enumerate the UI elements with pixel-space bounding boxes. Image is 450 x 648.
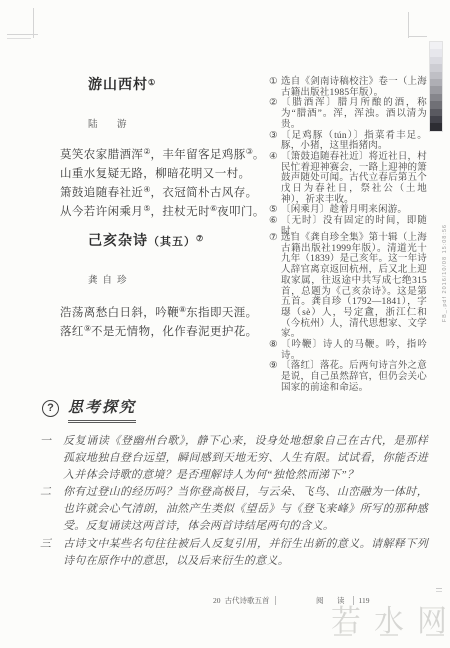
ann-item-text: 〔腊酒浑〕腊月所酿的酒，称为“腊酒”。浑，浑浊。酒以清为贵。: [281, 98, 427, 130]
gray-step: [430, 109, 442, 116]
gray-step: [430, 49, 442, 56]
ann-item-text: 选自《剑南诗稿校注》卷一（上海古籍出版社1985年版）。: [281, 77, 427, 98]
annotation-ref-icon: ①: [148, 78, 155, 87]
gray-step: [430, 94, 442, 101]
poem-title-subtitle: （其五）: [148, 236, 196, 248]
q-item: 二你有过登山的经历吗？当你登高极目，与云朵、飞鸟、山峦融为一体时，也许就会心气清…: [40, 484, 428, 534]
ann-item-text: 〔落红〕落花。后两句诗言外之意是说，自己虽然辞官，但仍会关心国家的前途和命运。: [281, 361, 427, 393]
ann-item: ⑤〔闲乘月〕趁着月明来闲游。: [269, 205, 427, 216]
ann-item-number: ⑤: [269, 205, 281, 216]
ann-item: ②〔腊酒浑〕腊月所酿的酒，称为“腊酒”。浑，浑浊。酒以清为贵。: [269, 98, 427, 130]
footer-lesson-info: 20 古代诗歌五首: [213, 595, 281, 606]
gray-step: [430, 123, 442, 130]
gray-step: [430, 116, 442, 123]
gray-step: [430, 57, 442, 64]
ann-item: ⑧〔吟鞭〕诗人的马鞭。吟，指吟诗。: [269, 340, 427, 361]
ann-item-number: ⑦: [269, 233, 281, 340]
poem-title-text: 己亥杂诗: [88, 234, 148, 249]
question-mark-icon: ?: [42, 400, 59, 417]
q-item: 一反复诵读《登幽州台歌》，静下心来，设身处地想象自己在古代，是那样孤寂地独自登台…: [40, 433, 428, 483]
annotation-ref-icon: ⑧: [179, 305, 186, 314]
crop-mark: [436, 591, 442, 592]
ann-item-text: 〔吟鞭〕诗人的马鞭。吟，指吟诗。: [281, 340, 427, 361]
poem-line-text: 莫笑农家腊酒浑: [60, 149, 143, 161]
explore-section-title: 思考探究: [68, 396, 136, 421]
crop-mark: [7, 34, 38, 35]
grayscale-calibration-bar: [429, 41, 443, 132]
ann-item-number: ④: [269, 152, 281, 206]
ann-item-number: ①: [269, 77, 281, 98]
poem-lines: 莫笑农家腊酒浑②，丰年留客足鸡豚③。山重水复疑无路，柳暗花明又一村。箫鼓追随春社…: [60, 146, 265, 222]
explore-section-header: ? 思考探究: [42, 396, 136, 421]
poem-title: 己亥杂诗（其五）⑦: [88, 230, 265, 250]
poem-line-text: 山重水复疑无路，柳暗花明又一村。: [60, 168, 250, 180]
lesson-title: 古代诗歌五首: [225, 595, 270, 606]
crop-mark: [408, 12, 409, 38]
poem-line: 浩荡离愁白日斜，吟鞭⑧东指即天涯。: [60, 304, 265, 323]
q-item-text: 古诗文中某些名句往往被后人反复引用，并衍生出新的意义。请解释下列诗句在原作中的意…: [63, 536, 428, 570]
poem-lines: 浩荡离愁白日斜，吟鞭⑧东指即天涯。落红⑨不是无情物，化作春泥更护花。: [60, 304, 265, 342]
annotation-ref-icon: ⑤: [143, 204, 150, 213]
watermark-subtext-line: [334, 634, 352, 636]
q-item-number: 一: [40, 433, 63, 483]
annotation-ref-icon: ⑦: [196, 234, 203, 243]
annotation-ref-icon: ②: [143, 147, 150, 156]
poem-line-text: 落红: [60, 326, 84, 338]
poem-line-text: ，丰年留客足鸡豚: [150, 149, 245, 161]
poem-line-text: 东指即天涯。: [186, 307, 257, 319]
q-item-text: 反复诵读《登幽州台歌》，静下心来，设身处地想象自己在古代，是那样孤寂地独自登台远…: [63, 433, 428, 483]
poem-author: 龚自珍: [88, 272, 265, 286]
scan-edge-note: FB_.pdf 2016/10/08 15:08:56: [442, 224, 448, 322]
textbook-page: FB_.pdf 2016/10/08 15:08:56 游山西村① 陆 游 莫笑…: [0, 0, 450, 648]
q-item: 三古诗文中某些名句往往被后人反复引用，并衍生出新的意义。请解释下列诗句在原作中的…: [40, 536, 428, 570]
ann-item: ⑨〔落红〕落花。后两句诗言外之意是说，自己虽然辞官，但仍会关心国家的前途和命运。: [269, 361, 427, 393]
poem-ji-hai-za-shi: 己亥杂诗（其五）⑦ 龚自珍 浩荡离愁白日斜，吟鞭⑧东指即天涯。落红⑨不是无情物，…: [60, 230, 265, 342]
gray-step: [430, 86, 442, 93]
crop-mark: [436, 588, 442, 589]
gray-step: [430, 79, 442, 86]
ann-item: ①选自《剑南诗稿校注》卷一（上海古籍出版社1985年版）。: [269, 77, 427, 98]
crop-mark: [7, 38, 31, 39]
watermark-subtext-line: [380, 634, 398, 636]
poem-title: 游山西村①: [88, 74, 265, 94]
poem-line-text: ，衣冠简朴古风存。: [150, 187, 257, 199]
ann-item: ④〔箫鼓追随春社近〕将近社日，村民忙着迎神赛会，一路上迎神的箫鼓声随处可闻。古代…: [269, 152, 427, 206]
watermark-subtext: [334, 634, 444, 636]
lesson-number: 20: [213, 596, 221, 605]
poem-line-text: 从今若许闲乘月: [60, 206, 143, 218]
gray-step: [430, 42, 442, 49]
poem-line-text: 不是无情物，化作春泥更护花。: [91, 326, 258, 338]
gray-step: [430, 101, 442, 108]
gray-step: [430, 64, 442, 71]
ann-item: ⑦选自《龚自珍全集》第十辑（上海古籍出版社1999年版）。清道光十九年（1839…: [269, 233, 427, 340]
poem-title-text: 游山西村: [88, 78, 148, 93]
ann-item-text: 〔闲乘月〕趁着月明来闲游。: [281, 205, 427, 216]
annotation-ref-icon: ⑨: [84, 324, 91, 333]
gray-step: [430, 72, 442, 79]
ann-item-number: ②: [269, 98, 281, 130]
poem-line-text: 浩荡离愁白日斜，吟鞭: [60, 307, 179, 319]
q-item-number: 二: [40, 484, 63, 534]
annotations-poem2: ⑦选自《龚自珍全集》第十辑（上海古籍出版社1999年版）。清道光十九年（1839…: [269, 233, 427, 394]
poem-line: 山重水复疑无路，柳暗花明又一村。: [60, 165, 265, 184]
q-item-text: 你有过登山的经历吗？当你登高极目，与云朵、飞鸟、山峦融为一体时，也许就会心气清朗…: [63, 484, 428, 534]
ann-item-text: 选自《龚自珍全集》第十辑（上海古籍出版社1999年版）。清道光十九年（1839）…: [281, 233, 427, 340]
footer-divider: [275, 596, 276, 605]
annotation-ref-icon: ⑥: [210, 204, 217, 213]
ann-item-number: ⑨: [269, 361, 281, 393]
poem-line-text: ，拄杖无时: [150, 206, 210, 218]
poem-line: 从今若许闲乘月⑤，拄杖无时⑥夜叩门。: [60, 203, 265, 222]
annotation-ref-icon: ④: [143, 185, 150, 194]
poem-line: 落红⑨不是无情物，化作春泥更护花。: [60, 323, 265, 342]
poem-line: 莫笑农家腊酒浑②，丰年留客足鸡豚③。: [60, 146, 265, 165]
poem-line-text: 箫鼓追随春社近: [60, 187, 143, 199]
q-item-number: 三: [40, 536, 63, 570]
ann-item-number: ③: [269, 131, 281, 152]
watermark-subtext-line: [426, 634, 444, 636]
poem-line: 箫鼓追随春社近④，衣冠简朴古风存。: [60, 184, 265, 203]
annotation-ref-icon: ③: [246, 147, 253, 156]
annotations-poem1: ①选自《剑南诗稿校注》卷一（上海古籍出版社1985年版）。②〔腊酒浑〕腊月所酿的…: [269, 77, 427, 238]
poem-author: 陆 游: [88, 116, 265, 130]
explore-question-list: 一反复诵读《登幽州台歌》，静下心来，设身处地想象自己在古代，是那样孤寂地独自登台…: [40, 433, 428, 570]
poem-you-shan-xi-cun: 游山西村① 陆 游 莫笑农家腊酒浑②，丰年留客足鸡豚③。山重水复疑无路，柳暗花明…: [60, 74, 265, 222]
ann-item: ③〔足鸡豚（tún）〕指菜肴丰足。豚，小猪，这里指猪肉。: [269, 131, 427, 152]
ann-item-text: 〔箫鼓追随春社近〕将近社日，村民忙着迎神赛会，一路上迎神的箫鼓声随处可闻。古代立…: [281, 152, 427, 206]
crop-mark: [408, 36, 427, 37]
poem-line-text: 。: [253, 149, 265, 161]
poem-line-text: 夜叩门。: [217, 206, 265, 218]
ann-item-number: ⑧: [269, 340, 281, 361]
ann-item-text: 〔足鸡豚（tún）〕指菜肴丰足。豚，小猪，这里指猪肉。: [281, 131, 427, 152]
